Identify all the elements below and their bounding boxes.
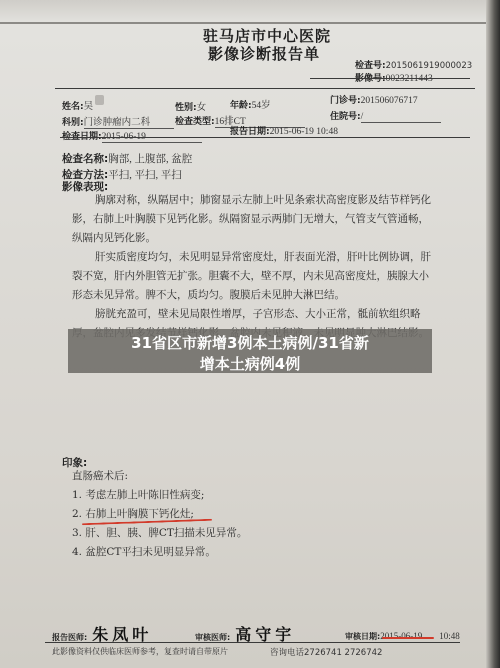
divider <box>60 137 470 138</box>
image-number: 影像号:0023211443 <box>355 66 433 85</box>
divider <box>45 642 460 643</box>
findings-line: 胸廓对称，纵隔居中；肺窗显示左肺上叶见条索状高密度影及结节样钙化 <box>95 191 431 210</box>
findings-line: 膀胱充盈可，壁未见局限性增厚，子宫形态、大小正常，骶前软组织略 <box>95 305 421 324</box>
report-title: 影像诊断报告单 <box>208 43 320 64</box>
impression-item: 1. 考虑左肺上叶陈旧性病变; <box>72 486 204 505</box>
impression-header: 直肠癌术后: <box>72 467 128 486</box>
report-date: 报告日期:2015-06-19 10:48 <box>230 119 430 138</box>
findings-line: 裂不宽，肝内外胆管无扩张。胆囊不大，壁不厚，内未见高密度灶，胰腺大小 <box>72 267 429 286</box>
exam-date: 检查日期:2015-06-19 <box>62 124 202 143</box>
findings-line: 影，右肺上叶胸膜下见钙化影。纵隔窗显示两肺门无增大，气管支气管通畅， <box>72 210 429 229</box>
footer-disclaimer: 此影像资料仅供临床医师参考，复查时请自带原片 <box>52 646 228 657</box>
findings-line: 纵隔内见钙化影。 <box>72 229 156 248</box>
background-edge <box>486 0 500 668</box>
folded-page-edge <box>0 0 488 24</box>
review-date: 审核日期:2015-06-19 10:48 <box>345 624 460 643</box>
headline-overlay: 31省区市新增3例本土病例/31省新 增本土病例4例 <box>68 329 432 373</box>
divider <box>310 78 470 79</box>
impression-item: 3. 肝、胆、胰、脾CT扫描未见异常。 <box>72 524 247 543</box>
redacted-name <box>95 95 104 105</box>
red-underline-mark <box>382 637 434 639</box>
footer-phone: 咨询电话2726741 2726742 <box>270 646 382 658</box>
findings-line: 形态未见异常。脾不大，质均匀。腹膜后未见肿大淋巴结。 <box>72 286 345 305</box>
findings-line: 肝实质密度均匀，未见明显异常密度灶，肝表面光滑，肝叶比例协调，肝 <box>95 248 431 267</box>
impression-item: 4. 盆腔CT平扫未见明显异常。 <box>72 543 216 562</box>
headline-text: 31省区市新增3例本土病例/31省新 增本土病例4例 <box>68 333 432 375</box>
